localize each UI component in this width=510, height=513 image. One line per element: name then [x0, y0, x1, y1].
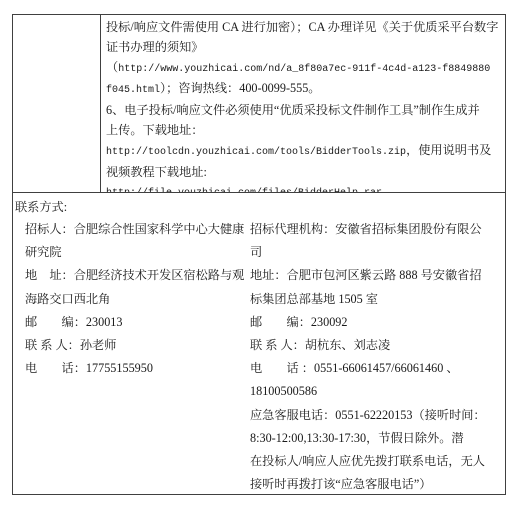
text-line: 电 话：17755155950	[25, 357, 250, 380]
text-line: 地址：合肥市包河区紫云路 888 号安徽省招	[250, 264, 501, 287]
url-text: http://toolcdn.youzhicai.com/tools/Bidde…	[106, 147, 406, 158]
text-segment: 邮 编：230092	[250, 315, 348, 329]
text-line: http://file.youzhicai.com/files/BidderHe…	[106, 182, 501, 192]
text-line: 研究院	[25, 241, 250, 264]
contact-section-header: 联系方式:	[15, 196, 501, 218]
text-line: 地 址：合肥经济技术开发区宿松路与观	[25, 264, 250, 287]
text-segment: ，使用说明书及	[406, 143, 491, 157]
text-line: 证书办理的须知》	[106, 38, 501, 58]
text-segment: 投标/响应文件需使用 CA 进行加密）；CA 办理详见《关于优质采平台数字	[106, 20, 498, 34]
text-segment: 电 话：17755155950	[25, 361, 153, 375]
text-segment: 在投标人/响应人应优先拨打联系电话，无人	[250, 454, 485, 468]
contact-right-column: 招标代理机构：安徽省招标集团股份有限公司地址：合肥市包河区紫云路 888 号安徽…	[250, 218, 501, 494]
text-segment: 视频教程下载地址:	[106, 165, 207, 179]
text-segment: 地 址：合肥经济技术开发区宿松路与观	[25, 268, 244, 282]
text-line: 应急客服电话：0551-62220153（接听时间：	[250, 404, 501, 427]
text-line: 海路交口西北角	[25, 288, 250, 311]
contact-section: 联系方式: 招标人：合肥综合性国家科学中心大健康研究院地 址：合肥经济技术开发区…	[13, 193, 505, 494]
text-segment: 联 系 人：胡杭东、刘志凌	[250, 338, 390, 352]
text-segment: 地址：合肥市包河区紫云路 888 号安徽省招	[250, 268, 482, 282]
text-line: 联 系 人：胡杭东、刘志凌	[250, 334, 501, 357]
url-text: http://file.youzhicai.com/files/BidderHe…	[106, 188, 382, 192]
text-segment: 海路交口西北角	[25, 292, 110, 306]
text-line: 邮 编：230092	[250, 311, 501, 334]
text-segment: 接听时再拨打该“应急客服电话”）	[250, 477, 431, 491]
text-line: http://toolcdn.youzhicai.com/tools/Bidde…	[106, 141, 501, 163]
text-line: 招标人：合肥综合性国家科学中心大健康	[25, 218, 250, 241]
document-table: 投标/响应文件需使用 CA 进行加密）；CA 办理详见《关于优质采平台数字证书办…	[12, 14, 506, 495]
text-segment: 司	[250, 245, 262, 259]
text-line: 投标/响应文件需使用 CA 进行加密）；CA 办理详见《关于优质采平台数字	[106, 18, 501, 38]
text-line: 邮 编：230013	[25, 311, 250, 334]
top-left-empty-cell	[13, 15, 101, 192]
table-top-row: 投标/响应文件需使用 CA 进行加密）；CA 办理详见《关于优质采平台数字证书办…	[13, 15, 505, 193]
text-line: （http://www.youzhicai.com/nd/a_8f80a7ec-…	[106, 58, 501, 80]
text-segment: 招标代理机构：安徽省招标集团股份有限公	[250, 222, 482, 236]
text-line: 上传。下载地址：	[106, 121, 501, 141]
text-segment: 电 话 ：0551-66061457/66061460 、	[250, 361, 459, 375]
text-line: 6、电子投标/响应文件必须使用“优质采投标文件制作工具”制作生成并	[106, 101, 501, 121]
text-segment: ）；咨询热线：400-0099-555。	[160, 81, 320, 95]
contact-columns: 招标人：合肥综合性国家科学中心大健康研究院地 址：合肥经济技术开发区宿松路与观海…	[25, 218, 501, 494]
text-line: 视频教程下载地址:	[106, 163, 501, 183]
text-line: 在投标人/响应人应优先拨打联系电话，无人	[250, 450, 501, 473]
text-segment: 标集团总部基地 1505 室	[250, 292, 378, 306]
text-line: 标集团总部基地 1505 室	[250, 288, 501, 311]
url-text: f045.html	[106, 85, 160, 96]
text-segment: 研究院	[25, 245, 62, 259]
text-line: 18100500586	[250, 380, 501, 403]
text-line: f045.html）；咨询热线：400-0099-555。	[106, 79, 501, 101]
text-segment: 邮 编：230013	[25, 315, 123, 329]
text-segment: （	[106, 60, 118, 74]
top-content-cell: 投标/响应文件需使用 CA 进行加密）；CA 办理详见《关于优质采平台数字证书办…	[101, 15, 505, 192]
text-segment: 应急客服电话：0551-62220153（接听时间：	[250, 408, 486, 422]
url-text: http://www.youzhicai.com/nd/a_8f80a7ec-9…	[118, 64, 490, 75]
text-line: 联 系 人：孙老师	[25, 334, 250, 357]
text-segment: 6、电子投标/响应文件必须使用“优质采投标文件制作工具”制作生成并	[106, 103, 480, 117]
text-segment: 招标人：合肥综合性国家科学中心大健康	[25, 222, 244, 236]
text-line: 电 话 ：0551-66061457/66061460 、	[250, 357, 501, 380]
text-line: 招标代理机构：安徽省招标集团股份有限公	[250, 218, 501, 241]
text-line: 司	[250, 241, 501, 264]
text-segment: 18100500586	[250, 384, 317, 398]
text-segment: 上传。下载地址：	[106, 123, 204, 137]
contact-left-column: 招标人：合肥综合性国家科学中心大健康研究院地 址：合肥经济技术开发区宿松路与观海…	[25, 218, 250, 494]
text-segment: 联 系 人：孙老师	[25, 338, 116, 352]
text-segment: 证书办理的须知》	[106, 40, 204, 54]
text-segment: 。	[382, 184, 394, 192]
text-line: 接听时再拨打该“应急客服电话”）	[250, 473, 501, 494]
text-segment: 8:30-12:00,13:30-17:30，节假日除外。潜	[250, 431, 464, 445]
text-line: 8:30-12:00,13:30-17:30，节假日除外。潜	[250, 427, 501, 450]
